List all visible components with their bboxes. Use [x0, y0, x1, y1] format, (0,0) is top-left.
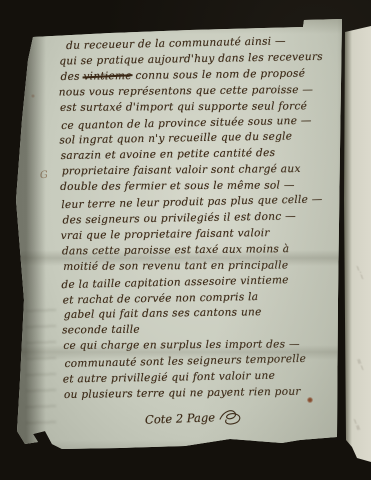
- struck-word: vintieme: [83, 70, 132, 83]
- bleed-through-texture: [26, 300, 56, 430]
- bleed-through-mark: ≈~: [354, 357, 368, 373]
- ink-stain: [307, 397, 313, 403]
- paraph-flourish-icon: [218, 406, 245, 427]
- manuscript-text: du receueur de la communauté ainsi —qui …: [58, 34, 349, 404]
- marginal-mark: G: [39, 170, 48, 182]
- photo-background: ~·~ ≈~ ~≈ G du receueur de la communauté…: [0, 0, 371, 480]
- bleed-through-mark: ~≈: [350, 417, 364, 433]
- manuscript-page: G du receueur de la communauté ainsi —qu…: [0, 0, 371, 480]
- page-footer: Cote 2 Page: [145, 406, 245, 429]
- ink-stain: [31, 94, 35, 98]
- cote-page-label: Cote 2 Page: [145, 410, 215, 426]
- manuscript-line: dans cette paroisse est taxé aux moins à: [62, 241, 347, 260]
- bleed-through-mark: ~·~: [353, 263, 368, 281]
- manuscript-line: nous vous représentons que cette paroiss…: [59, 82, 345, 101]
